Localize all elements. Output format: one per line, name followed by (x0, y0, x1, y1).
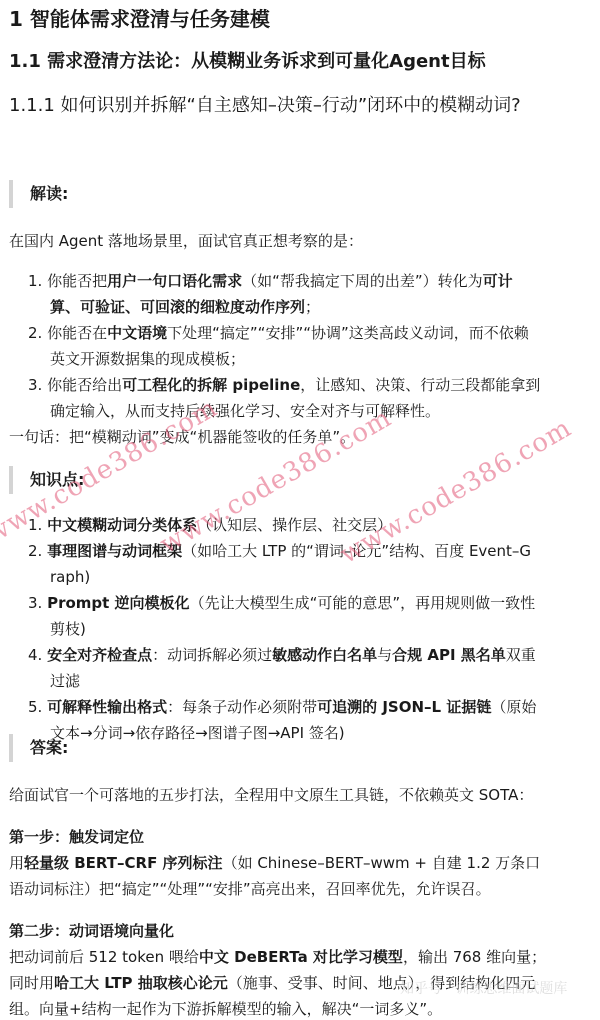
text: 把动词前后 512 token 喂给 (9, 948, 199, 966)
bold-text: 可工程化的拆解 pipeline (122, 376, 300, 394)
heading-level-3: 1.1.1 如何识别并拆解“自主感知–决策–行动”闭环中的模糊动词? (9, 90, 589, 122)
knowledge-item-2-cont: raph) (50, 564, 90, 590)
knowledge-item-4-cont: 过滤 (50, 668, 80, 694)
bold-text: 用户一句口语化需求 (107, 272, 242, 290)
text: 你能否把 (47, 272, 107, 290)
text: 下处理“搞定”“安排”“协调”这类高歧义动词，而不依赖 (167, 324, 529, 342)
knowledge-item-4: 4. 安全对齐检查点：动词拆解必须过敏感动作白名单与合规 API 黑名单双重 (28, 642, 536, 668)
list-number: 1. (28, 272, 42, 290)
text: （原始 (491, 698, 536, 716)
heading-level-1: 1 智能体需求澄清与任务建模 (9, 4, 270, 34)
bold-text: 可计 (483, 272, 513, 290)
list-number: 1. (28, 516, 42, 534)
step-2-line-3: 组。向量+结构一起作为下游拆解模型的输入，解决“一词多义”。 (9, 996, 442, 1020)
text: 用 (9, 854, 24, 872)
bold-text: 安全对齐检查点 (47, 646, 152, 664)
bold-text: 算、可验证、可回滚的细粒度动作序列 (50, 298, 305, 316)
bold-text: Prompt 逆向模板化 (47, 594, 189, 612)
text: ，让感知、决策、行动三段都能拿到 (300, 376, 540, 394)
text: （如 Chinese–BERT–wwm + 自建 1.2 万条口 (223, 854, 541, 872)
interpretation-item-2: 2. 你能否在中文语境下处理“搞定”“安排”“协调”这类高歧义动词，而不依赖 (28, 320, 529, 346)
list-number: 2. (28, 324, 42, 342)
knowledge-item-3-cont: 剪枝) (50, 616, 86, 642)
heading-level-2: 1.1 需求澄清方法论：从模糊业务诉求到可量化Agent目标 (9, 48, 486, 76)
text: （认知层、操作层、社交层） (197, 516, 392, 534)
text: 你能否给出 (47, 376, 122, 394)
knowledge-item-1: 1. 中文模糊动词分类体系（认知层、操作层、社交层） (28, 512, 392, 538)
text: （如“帮我搞定下周的出差”）转化为 (242, 272, 483, 290)
step-2-line-2: 同时用哈工大 LTP 抽取核心论元（施事、受事、时间、地点），得到结构化四元 (9, 970, 535, 996)
bold-text: 轻量级 BERT–CRF 序列标注 (24, 854, 223, 872)
bold-text: 可追溯的 JSON–L 证据链 (317, 698, 491, 716)
bold-text: 中文 DeBERTa 对比学习模型 (199, 948, 403, 966)
knowledge-item-5: 5. 可解释性输出格式：每条子动作必须附带可追溯的 JSON–L 证据链（原始 (28, 694, 536, 720)
list-number: 2. (28, 542, 42, 560)
interpretation-item-1: 1. 你能否把用户一句口语化需求（如“帮我搞定下周的出差”）转化为可计 (28, 268, 513, 294)
knowledge-item-3: 3. Prompt 逆向模板化（先让大模型生成“可能的意思”，再用规则做一致性 (28, 590, 535, 616)
interpretation-item-2-cont: 英文开源数据集的现成模板； (50, 346, 245, 372)
interpretation-item-1-cont: 算、可验证、可回滚的细粒度动作序列； (50, 294, 320, 320)
list-number: 4. (28, 646, 42, 664)
blockquote-bar (9, 466, 13, 494)
interpretation-label: 解读: (30, 180, 68, 208)
knowledge-label: 知识点: (30, 466, 84, 494)
text: ，输出 768 维向量； (403, 948, 546, 966)
bold-text: 中文语境 (107, 324, 167, 342)
answer-intro: 给面试官一个可落地的五步打法，全程用中文原生工具链，不依赖英文 SOTA： (9, 782, 533, 808)
step-1-line-1: 用轻量级 BERT–CRF 序列标注（如 Chinese–BERT–wwm + … (9, 850, 540, 876)
list-number: 3. (28, 376, 42, 394)
text: ； (305, 298, 320, 316)
knowledge-item-2: 2. 事理图谱与动词框架（如哈工大 LTP 的“谓词–论元”结构、百度 Even… (28, 538, 531, 564)
answer-label: 答案: (30, 734, 68, 762)
interpretation-item-3: 3. 你能否给出可工程化的拆解 pipeline，让感知、决策、行动三段都能拿到 (28, 372, 540, 398)
text: 你能否在 (47, 324, 107, 342)
step-1-title: 第一步：触发词定位 (9, 824, 144, 850)
text: ：每条子动作必须附带 (167, 698, 317, 716)
step-1-line-2: 语动词标注）把“搞定”“处理”“安排”高亮出来，召回率优先，允许误召。 (9, 876, 491, 902)
bold-text: 可解释性输出格式 (47, 698, 167, 716)
bold-text: 合规 API 黑名单 (392, 646, 506, 664)
knowledge-item-5-cont: 文本→分词→依存路径→图谱子图→API 签名) (50, 720, 345, 746)
text: 与 (377, 646, 392, 664)
text: （先让大模型生成“可能的意思”，再用规则做一致性 (190, 594, 536, 612)
list-number: 3. (28, 594, 42, 612)
bold-text: 敏感动作白名单 (272, 646, 377, 664)
interpretation-item-3-cont: 确定输入，从而支持后续强化学习、安全对齐与可解释性。 (50, 398, 440, 424)
text: 双重 (506, 646, 536, 664)
text: 同时用 (9, 974, 54, 992)
document-page: 1 智能体需求澄清与任务建模 1.1 需求澄清方法论：从模糊业务诉求到可量化Ag… (0, 0, 600, 1020)
bold-text: 中文模糊动词分类体系 (47, 516, 197, 534)
text: ：动词拆解必须过 (152, 646, 272, 664)
blockquote-bar (9, 180, 13, 208)
bold-text: 事理图谱与动词框架 (47, 542, 182, 560)
interpretation-intro: 在国内 Agent 落地场景里，面试官真正想考察的是： (9, 228, 363, 254)
blockquote-bar (9, 734, 13, 762)
list-number: 5. (28, 698, 42, 716)
text: （如哈工大 LTP 的“谓词–论元”结构、百度 Event–G (182, 542, 531, 560)
step-2-line-1: 把动词前后 512 token 喂给中文 DeBERTa 对比学习模型，输出 7… (9, 944, 546, 970)
interpretation-summary: 一句话：把“模糊动词”变成“机器能签收的任务单”。 (9, 424, 355, 450)
bold-text: 哈工大 LTP 抽取核心论元 (54, 974, 228, 992)
step-2-title: 第二步：动词语境向量化 (9, 918, 174, 944)
text: （施事、受事、时间、地点），得到结构化四元 (228, 974, 536, 992)
